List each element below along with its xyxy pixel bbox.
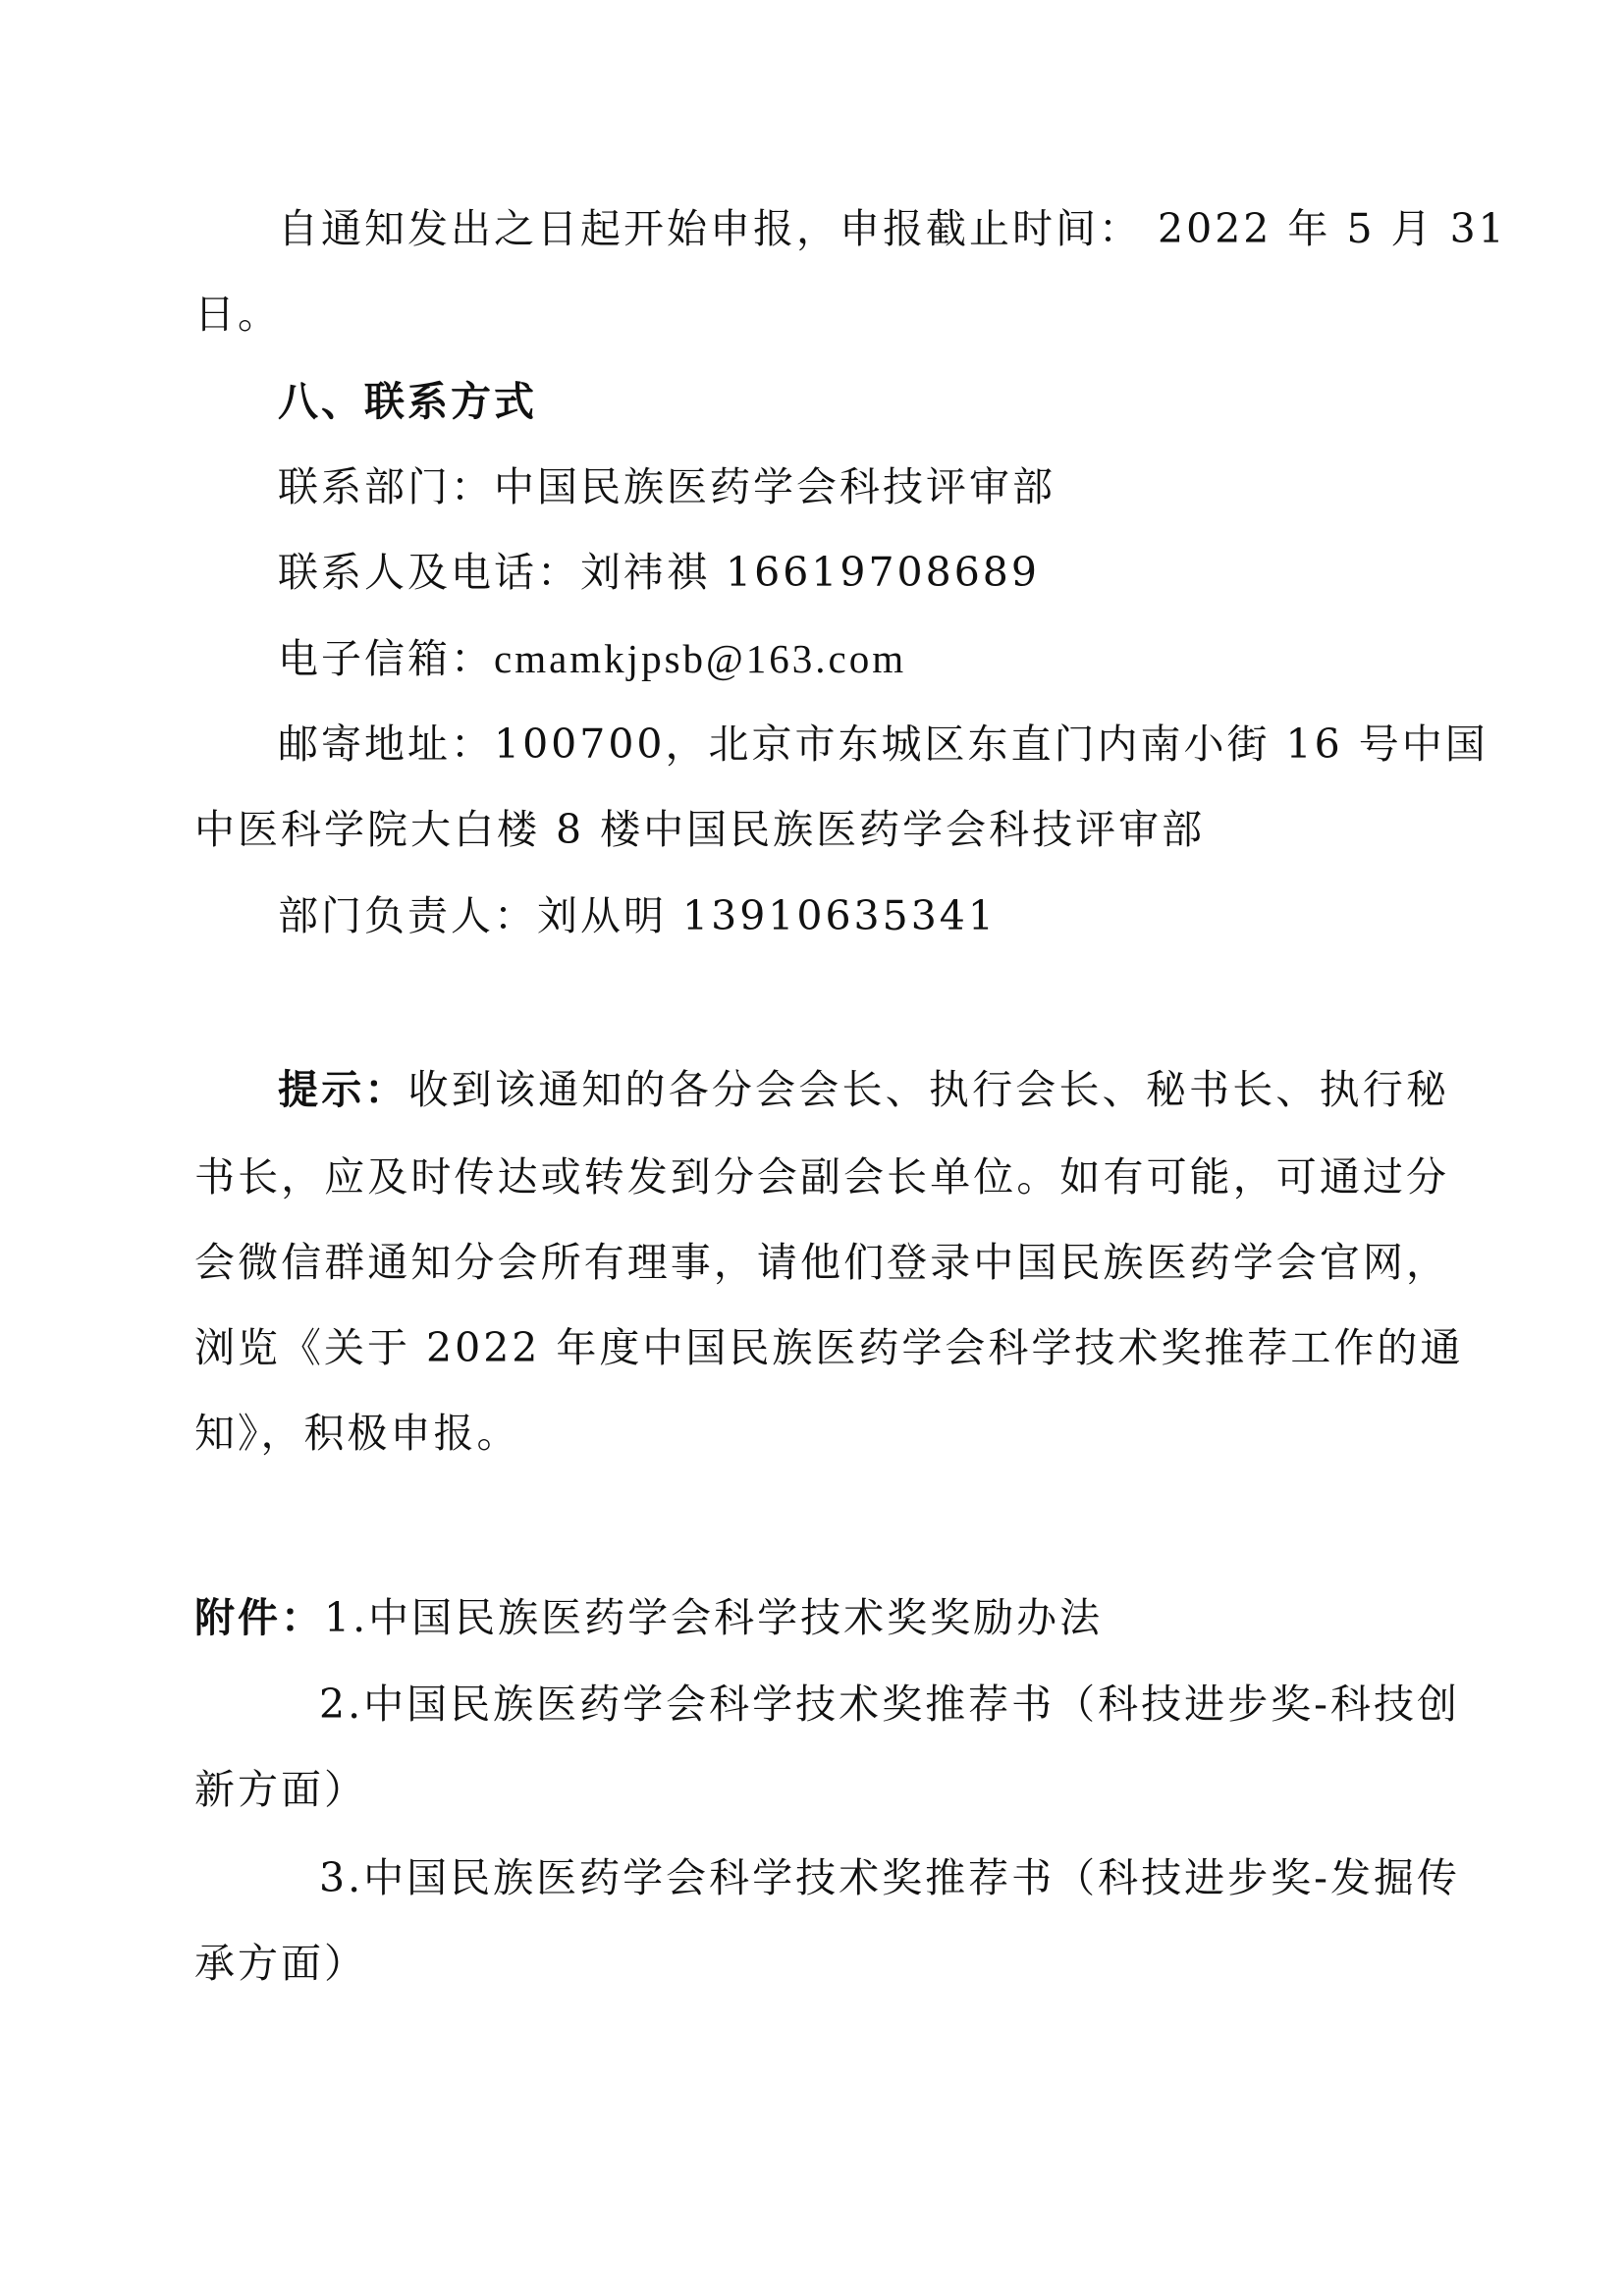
notice-line-3: 会微信群通知分会所有理事，请他们登录中国民族医药学会官网， [194,1239,1449,1286]
notice-line-1: 提示：收到该通知的各分会会长、执行会长、秘书长、执行秘 [278,1066,1449,1113]
address-label: 邮寄地址： [278,721,494,768]
contact-address-line-2: 中医科学院大白楼 8 楼中国民族医药学会科技评审部 [194,806,1449,853]
email-value[interactable]: cmamkjpsb@163.com [494,636,906,681]
contact-head: 部门负责人：刘从明 13910635341 [278,892,1449,939]
notice-line-2: 书长，应及时传达或转发到分会副会长单位。如有可能，可通过分 [194,1153,1449,1201]
attachment-item-2-line-1: 2.中国民族医药学会科学技术奖推荐书（科技进步奖-科技创 [319,1681,1449,1728]
notice-text-1: 收到该通知的各分会会长、执行会长、秘书长、执行秘 [408,1066,1449,1113]
notice-label: 提示： [278,1066,408,1113]
attachments-label: 附件： [194,1594,324,1641]
attachment-item-1: 附件：1.中国民族医药学会科学技术奖奖励办法 [194,1594,1449,1641]
deadline-line-2: 日。 [194,291,1449,338]
department-value: 中国民族医药学会科技评审部 [494,463,1056,510]
head-value: 刘从明 13910635341 [537,892,997,939]
contact-email: 电子信箱：cmamkjpsb@163.com [278,635,1449,682]
email-label: 电子信箱： [278,635,494,682]
notice-line-5: 知》，积极申报。 [194,1410,1449,1457]
person-value: 刘祎祺 16619708689 [580,549,1040,596]
department-label: 联系部门： [278,463,494,510]
deadline-line-1: 自通知发出之日起开始申报，申报截止时间： 2022 年 5 月 31 [278,205,1449,252]
attachment-item-2-line-2: 新方面） [194,1766,1449,1813]
head-label: 部门负责人： [278,892,537,939]
contact-address-line-1: 邮寄地址：100700，北京市东城区东直门内南小街 16 号中国 [278,721,1449,768]
person-label: 联系人及电话： [278,549,580,596]
notice-line-4: 浏览《关于 2022 年度中国民族医药学会科学技术奖推荐工作的通 [194,1324,1449,1371]
contact-person: 联系人及电话：刘祎祺 16619708689 [278,549,1449,596]
section-heading-contact: 八、联系方式 [278,378,1449,425]
contact-department: 联系部门：中国民族医药学会科技评审部 [278,463,1449,510]
attachment-1-text: 1.中国民族医药学会科学技术奖奖励办法 [324,1594,1103,1641]
attachment-item-3-line-2: 承方面） [194,1940,1449,1987]
address-value-1: 100700，北京市东城区东直门内南小街 16 号中国 [494,721,1489,768]
attachment-item-3-line-1: 3.中国民族医药学会科学技术奖推荐书（科技进步奖-发掘传 [319,1854,1449,1901]
